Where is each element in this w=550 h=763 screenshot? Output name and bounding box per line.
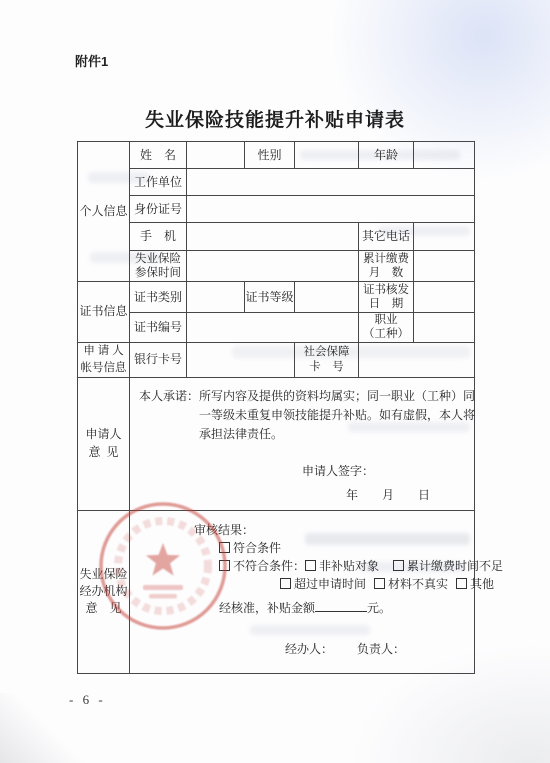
pledge-body: 所写内容及提供的资料均属实；同一职业（工种）同 一等级未重复申领技能提升补贴。如… <box>199 387 475 445</box>
agency-opinion-cell: 审核结果： 符合条件 不符合条件：非补贴对象累计缴费时间不足 超过申请时间材料不… <box>130 510 475 673</box>
bank-card-value-cell <box>187 342 295 377</box>
paid-months-label: 累计缴费 月 数 <box>359 251 414 282</box>
social-card-value-cell <box>359 342 475 377</box>
checkbox-reason-untrue-material-icon <box>374 578 385 589</box>
work-unit-value-cell <box>187 169 475 196</box>
handlers-line: 经办人：负责人： <box>285 640 405 657</box>
reason-overdue-label: 超过申请时间 <box>294 577 366 591</box>
bank-card-label: 银行卡号 <box>130 342 187 377</box>
checkbox-reason-overdue-icon <box>280 578 291 589</box>
paid-months-value-cell <box>414 251 475 282</box>
page-title: 失业保险技能提升补贴申请表 <box>0 105 550 132</box>
other-phone-label: 其它电话 <box>359 223 414 251</box>
row-agency-opinion: 失业保险 经办机构 意 见 审核结果： 符合条件 不符合条件：非补贴对象累计缴费… <box>78 510 475 673</box>
row-insurance-time: 失业保险 参保时间 累计缴费 月 数 <box>78 251 475 282</box>
insurance-time-value-cell <box>187 251 359 282</box>
option-unqualified-label: 不符合条件： <box>233 559 305 573</box>
insurance-time-label: 失业保险 参保时间 <box>130 251 187 282</box>
section-personal-info: 个人信息 <box>78 142 130 282</box>
option-unqualified-reasons-2: 超过申请时间材料不真实其他 <box>280 575 494 592</box>
cert-issue-date-value-cell <box>414 282 475 313</box>
other-phone-value-cell <box>414 223 475 251</box>
age-value-cell <box>414 142 475 169</box>
option-unqualified: 不符合条件：非补贴对象累计缴费时间不足 <box>219 557 503 574</box>
row-certificate-number: 证书编号 职业 （工种） <box>78 313 475 343</box>
id-number-value-cell <box>187 196 475 223</box>
cert-level-label: 证书等级 <box>245 282 295 313</box>
application-form-table: 个人信息 姓 名 性别 年龄 工作单位 身份证号 手 机 其它电话 失业保险 参… <box>77 141 475 674</box>
supervisor-label: 负责人： <box>357 642 405 656</box>
section-account-info: 申 请 人 帐号信息 <box>78 342 130 377</box>
row-account-info: 申 请 人 帐号信息 银行卡号 社会保障 卡 号 <box>78 342 475 377</box>
gender-label: 性别 <box>245 142 295 169</box>
mobile-value-cell <box>187 223 359 251</box>
occupation-value-cell <box>414 313 475 343</box>
applicant-signature-label: 申请人签字： <box>302 462 374 479</box>
cert-number-label: 证书编号 <box>130 313 187 343</box>
cert-level-value-cell <box>295 282 359 313</box>
pledge-prefix: 本人承诺： <box>139 387 199 445</box>
age-label: 年龄 <box>359 142 414 169</box>
handler-label: 经办人： <box>285 642 333 656</box>
approval-amount-line: 经核准，补贴金额元。 <box>219 599 391 616</box>
cert-category-value-cell <box>187 282 245 313</box>
checkbox-unqualified-icon <box>219 560 230 571</box>
id-number-label: 身份证号 <box>130 196 187 223</box>
amount-blank-line <box>315 599 367 612</box>
row-applicant-opinion: 申请人 意 见 本人承诺：所写内容及提供的资料均属实；同一职业（工种）同 一等级… <box>78 377 475 510</box>
applicant-opinion-cell: 本人承诺：所写内容及提供的资料均属实；同一职业（工种）同 一等级未重复申领技能提… <box>130 377 475 510</box>
section-agency-opinion: 失业保险 经办机构 意 见 <box>78 510 130 673</box>
checkbox-reason-insufficient-months-icon <box>393 560 404 571</box>
date-fields-label: 年 月 日 <box>346 486 430 503</box>
checkbox-reason-other-icon <box>456 578 467 589</box>
row-id-number: 身份证号 <box>78 196 475 223</box>
approval-suffix: 元。 <box>367 601 391 615</box>
page-number: - 6 - <box>69 692 106 708</box>
approval-prefix: 经核准，补贴金额 <box>219 601 315 615</box>
mobile-label: 手 机 <box>130 223 187 251</box>
checkbox-qualified-icon <box>219 542 230 553</box>
pledge-statement: 本人承诺：所写内容及提供的资料均属实；同一职业（工种）同 一等级未重复申领技能提… <box>139 387 469 445</box>
reason-other-label: 其他 <box>470 577 494 591</box>
row-phone: 手 机 其它电话 <box>78 223 475 251</box>
scanned-document-page: 附件1 失业保险技能提升补贴申请表 个人信息 姓 名 性别 年龄 工作单位 身份… <box>0 0 550 763</box>
row-work-unit: 工作单位 <box>78 169 475 196</box>
name-label: 姓 名 <box>130 142 187 169</box>
reason-untrue-material-label: 材料不真实 <box>388 577 448 591</box>
name-value-cell <box>187 142 245 169</box>
cert-number-value-cell <box>187 313 359 343</box>
work-unit-label: 工作单位 <box>130 169 187 196</box>
occupation-label: 职业 （工种） <box>359 313 414 343</box>
section-certificate-info: 证书信息 <box>78 282 130 343</box>
section-applicant-opinion: 申请人 意 见 <box>78 377 130 510</box>
row-certificate-category: 证书信息 证书类别 证书等级 证书核发 日 期 <box>78 282 475 313</box>
review-result-label: 审核结果： <box>194 521 254 538</box>
social-card-label: 社会保障 卡 号 <box>295 342 359 377</box>
reason-not-eligible-label: 非补贴对象 <box>319 559 379 573</box>
cert-issue-date-label: 证书核发 日 期 <box>359 282 414 313</box>
reason-insufficient-months-label: 累计缴费时间不足 <box>407 559 503 573</box>
cert-category-label: 证书类别 <box>130 282 187 313</box>
gender-value-cell <box>295 142 359 169</box>
row-name-gender-age: 个人信息 姓 名 性别 年龄 <box>78 142 475 169</box>
attachment-label: 附件1 <box>75 51 108 70</box>
option-qualified-label: 符合条件 <box>233 541 281 555</box>
checkbox-reason-not-eligible-icon <box>305 560 316 571</box>
option-qualified: 符合条件 <box>219 539 281 556</box>
